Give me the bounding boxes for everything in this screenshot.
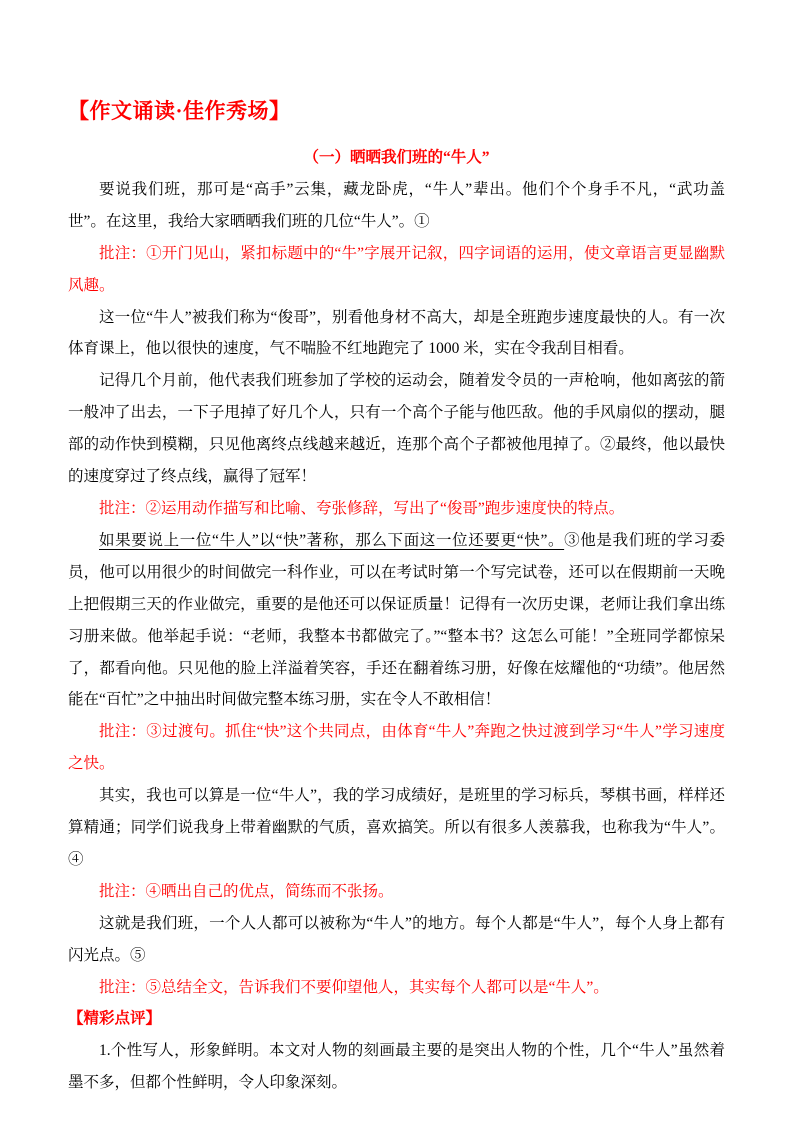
underlined-transition-sentence: 如果要说上一位“牛人”以“快”著称，那么下面这一位还要更“快”。 [99,532,564,549]
annotation-paragraph: 批注：④晒出自己的优点，简练而不张扬。 [68,876,725,908]
document-page: 【作文诵读·佳作秀场】 （一）晒晒我们班的“牛人” 要说我们班，那可是“高手”云… [0,0,793,1122]
body-paragraph: 记得几个月前，他代表我们班参加了学校的运动会，随着发令员的一声枪响，他如离弦的箭… [68,365,725,493]
text-run: 要说我们班，那可是“高手”云集，藏龙卧虎，“牛人”辈出。他们个个身手不凡，“武功… [68,181,725,230]
essay-body: 要说我们班，那可是“高手”云集，藏龙卧虎，“牛人”辈出。他们个个身手不凡，“武功… [68,174,725,1099]
body-paragraph: 这就是我们班，一个人人都可以被称为“牛人”的地方。每个人都是“牛人”，每个人身上… [68,908,725,972]
section-heading: 【精彩点评】 [68,1003,725,1035]
body-paragraph: 其实，我也可以算是一位“牛人”，我的学习成绩好，是班里的学习标兵，琴棋书画，样样… [68,780,725,876]
body-paragraph: 这一位“牛人”被我们称为“俊哥”，别看他身材不高大，却是全班跑步速度最快的人。有… [68,302,725,366]
body-paragraph: 如果要说上一位“牛人”以“快”著称，那么下面这一位还要更“快”。③他是我们班的学… [68,525,725,716]
text-run: 1.个性写人，形象鲜明。本文对人物的刻画最主要的是突出人物的个性，几个“牛人”虽… [68,1042,725,1091]
text-run: ③他是我们班的学习委员，他可以用很少的时间做完一科作业，可以在考试时第一个写完试… [68,532,725,709]
annotation-paragraph: 批注：②运用动作描写和比喻、夸张修辞，写出了“俊哥”跑步速度快的特点。 [68,493,725,525]
text-run: 批注：③过渡句。抓住“快”这个共同点，由体育“牛人”奔跑之快过渡到学习“牛人”学… [68,723,725,772]
text-run: 批注：④晒出自己的优点，简练而不张扬。 [99,883,394,900]
text-run: 这就是我们班，一个人人都可以被称为“牛人”的地方。每个人都是“牛人”，每个人身上… [68,915,725,964]
text-run: 记得几个月前，他代表我们班参加了学校的运动会，随着发令员的一声枪响，他如离弦的箭… [68,372,725,485]
body-paragraph: 1.个性写人，形象鲜明。本文对人物的刻画最主要的是突出人物的个性，几个“牛人”虽… [68,1035,725,1099]
body-paragraph: 要说我们班，那可是“高手”云集，藏龙卧虎，“牛人”辈出。他们个个身手不凡，“武功… [68,174,725,238]
text-run: 【精彩点评】 [68,1010,161,1027]
text-run: 批注：①开门见山，紧扣标题中的“牛”字展开记叙，四字词语的运用，使文章语言更显幽… [68,245,725,294]
text-run: 批注：②运用动作描写和比喻、夸张修辞，写出了“俊哥”跑步速度快的特点。 [99,500,624,517]
text-run: 其实，我也可以算是一位“牛人”，我的学习成绩好，是班里的学习标兵，琴棋书画，样样… [68,787,725,868]
section-title: 【作文诵读·佳作秀场】 [68,98,725,124]
annotation-paragraph: 批注：⑤总结全文，告诉我们不要仰望他人，其实每个人都可以是“牛人”。 [68,972,725,1004]
text-run: 批注：⑤总结全文，告诉我们不要仰望他人，其实每个人都可以是“牛人”。 [99,979,609,996]
document-content: 【作文诵读·佳作秀场】 （一）晒晒我们班的“牛人” 要说我们班，那可是“高手”云… [0,0,793,1099]
essay-title: （一）晒晒我们班的“牛人” [68,142,725,174]
text-run: 这一位“牛人”被我们称为“俊哥”，别看他身材不高大，却是全班跑步速度最快的人。有… [68,309,725,358]
annotation-paragraph: 批注：①开门见山，紧扣标题中的“牛”字展开记叙，四字词语的运用，使文章语言更显幽… [68,238,725,302]
annotation-paragraph: 批注：③过渡句。抓住“快”这个共同点，由体育“牛人”奔跑之快过渡到学习“牛人”学… [68,716,725,780]
